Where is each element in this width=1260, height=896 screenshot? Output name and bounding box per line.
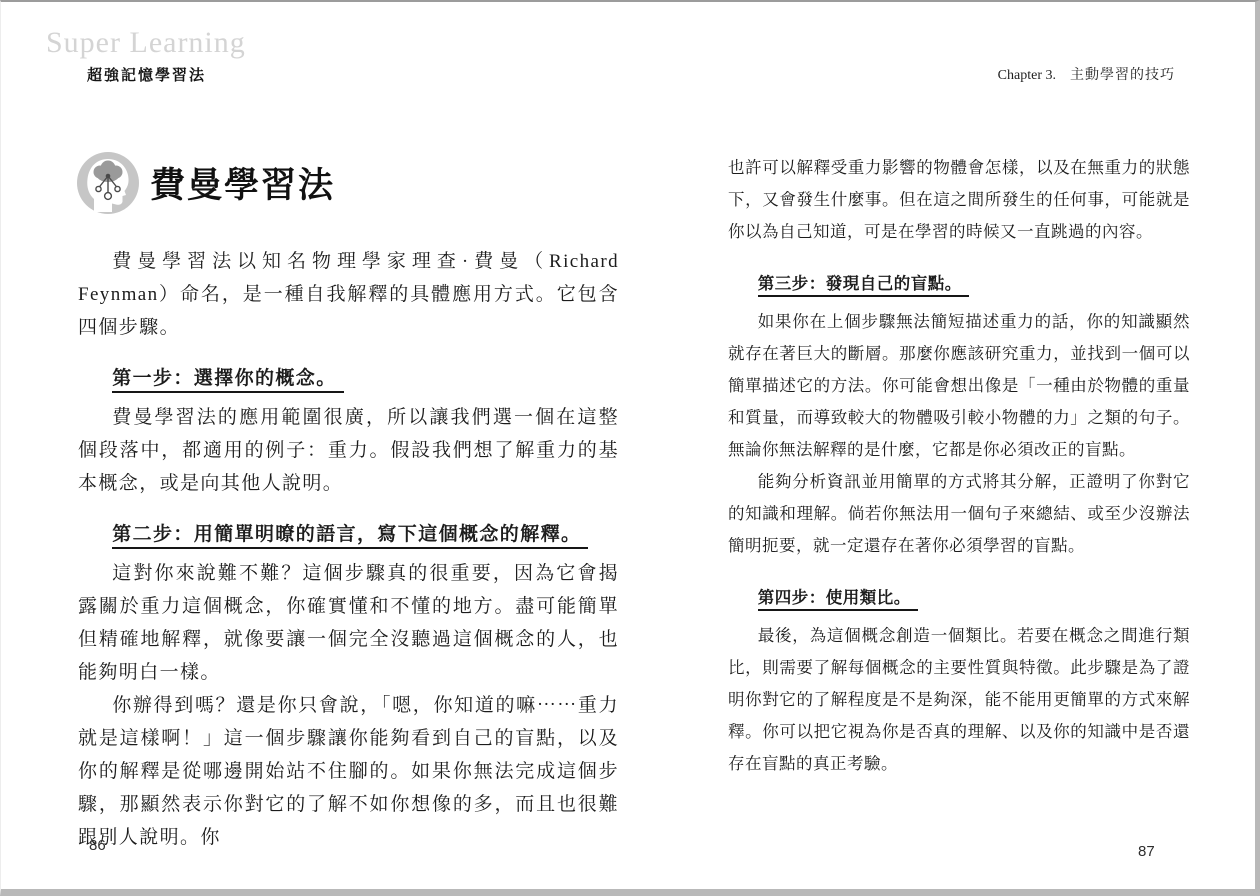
step-heading: 第一步：選擇你的概念。 (78, 362, 619, 395)
section-title-row: 費曼學習法 (77, 152, 335, 214)
step-heading: 第三步：發現自己的盲點。 (728, 268, 1190, 300)
section-title: 費曼學習法 (150, 158, 335, 208)
book-title-watermark: Super Learning (46, 26, 246, 60)
step-heading: 第二步：用簡單明暸的語言，寫下這個概念的解釋。 (78, 518, 619, 551)
page-number-right: 87 (1138, 843, 1155, 860)
chapter-header: Chapter 3.主動學習的技巧 (998, 64, 1175, 84)
book-title: 超強記憶學習法 (87, 64, 206, 85)
body-paragraph: 也許可以解釋受重力影響的物體會怎樣，以及在無重力的狀態下，又會發生什麼事。但在這… (728, 152, 1190, 248)
page-number-left: 86 (89, 837, 106, 854)
body-paragraph: 這對你來說難不難？這個步驟真的很重要，因為它會揭露關於重力這個概念，你確實懂和不… (78, 557, 619, 689)
book-spread: Super Learning 超強記憶學習法 Chapter 3.主動學習的技巧 (0, 0, 1260, 896)
step-heading-text: 第三步：發現自己的盲點。 (758, 274, 969, 297)
step-heading-text: 第一步：選擇你的概念。 (112, 368, 343, 393)
body-paragraph: 費曼學習法以知名物理學家理查·費曼（Richard Feynman）命名，是一種… (78, 245, 619, 344)
step-heading: 第四步：使用類比。 (728, 582, 1190, 614)
chapter-title: 主動學習的技巧 (1070, 68, 1175, 83)
body-paragraph: 如果你在上個步驟無法簡短描述重力的話，你的知識顯然就存在著巨大的斷層。那麼你應該… (728, 306, 1190, 466)
head-brain-network-icon (77, 152, 139, 214)
right-page-text-column: 也許可以解釋受重力影響的物體會怎樣，以及在無重力的狀態下，又會發生什麼事。但在這… (728, 152, 1190, 780)
step-heading-text: 第四步：使用類比。 (758, 588, 918, 611)
chapter-label: Chapter 3. (998, 68, 1056, 83)
body-paragraph: 你辦得到嗎？還是你只會說，「嗯，你知道的嘛⋯⋯重力就是這樣啊！」這一個步驟讓你能… (78, 689, 619, 854)
body-paragraph: 費曼學習法的應用範圍很廣，所以讓我們選一個在這整個段落中，都適用的例子：重力。假… (78, 401, 619, 500)
body-paragraph: 能夠分析資訊並用簡單的方式將其分解，正證明了你對它的知識和理解。倘若你無法用一個… (728, 466, 1190, 562)
step-heading-text: 第二步：用簡單明暸的語言，寫下這個概念的解釋。 (112, 524, 588, 549)
left-page-text-column: 費曼學習法以知名物理學家理查·費曼（Richard Feynman）命名，是一種… (78, 245, 619, 854)
body-paragraph: 最後，為這個概念創造一個類比。若要在概念之間進行類比，則需要了解每個概念的主要性… (728, 620, 1190, 780)
